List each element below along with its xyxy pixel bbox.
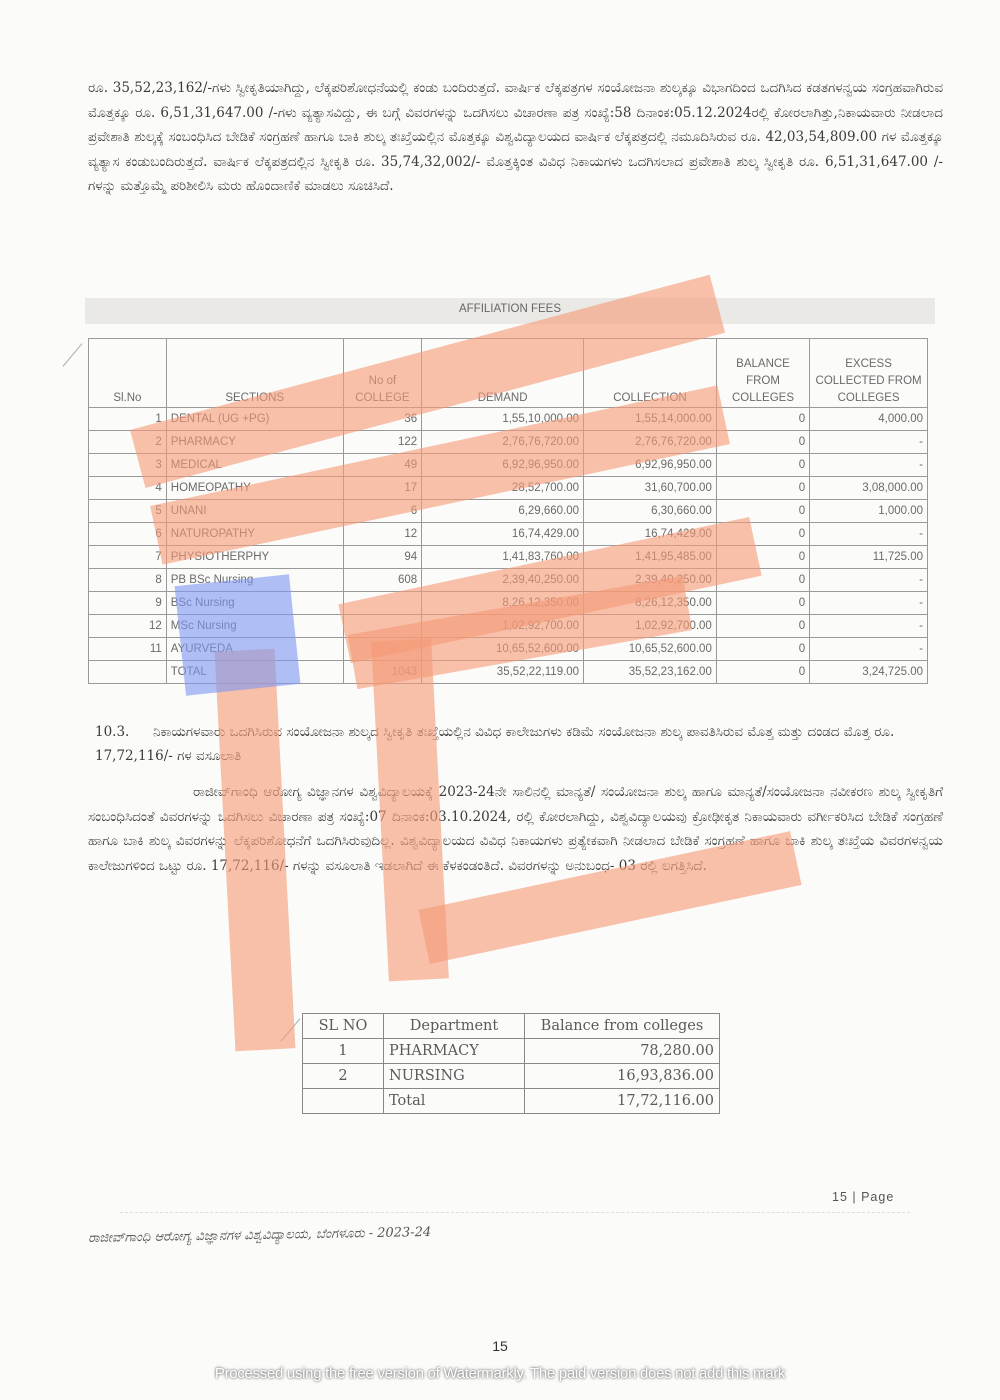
total-balance-cell: 17,72,116.00 xyxy=(525,1089,720,1114)
excess-cell: - xyxy=(810,615,928,638)
col-header-balance: BALANCE FROM COLLEGES xyxy=(716,339,809,408)
colleges-cell: 122 xyxy=(343,431,422,454)
affiliation-fees-title-band: AFFILIATION FEES xyxy=(85,298,935,324)
balance-cell: 0 xyxy=(716,408,809,431)
col-header-sl-no: SL NO xyxy=(303,1014,384,1039)
table-row: 3MEDICAL496,92,96,950.006,92,96,950.000- xyxy=(89,454,928,477)
collection-cell: 1,02,92,700.00 xyxy=(584,615,717,638)
section-heading: ನಿಕಾಯಗಳವಾರು ಒದಗಿಸಿರುವ ಸಂಯೋಜನಾ ಶುಲ್ಕದ ಸ್ವ… xyxy=(95,724,894,764)
balance-from-colleges-table: SL NO Department Balance from colleges 1… xyxy=(302,1013,720,1114)
section-cell: NATUROPATHY xyxy=(166,523,343,546)
balance-cell: 0 xyxy=(716,477,809,500)
collection-cell: 2,76,76,720.00 xyxy=(584,431,717,454)
collection-cell: 1,55,14,000.00 xyxy=(584,408,717,431)
collection-cell: 2,39,40,250.00 xyxy=(584,569,717,592)
colleges-cell xyxy=(343,615,422,638)
table-row: 11AYURVEDA10,65,52,600.0010,65,52,600.00… xyxy=(89,638,928,661)
slno-cell: 12 xyxy=(89,615,167,638)
balance-cell: 16,93,836.00 xyxy=(525,1064,720,1089)
balance-cell: 0 xyxy=(716,431,809,454)
balance-cell: 0 xyxy=(716,569,809,592)
balance-cell: 0 xyxy=(716,638,809,661)
table-row: 4HOMEOPATHY1728,52,700.0031,60,700.0003,… xyxy=(89,477,928,500)
paragraph-1-text: ರೂ. 35,52,23,162/-ಗಳು ಸ್ವೀಕೃತಿಯಾಗಿದ್ದು, … xyxy=(88,76,943,199)
tick-mark xyxy=(62,343,82,367)
section-10-3: 10.3.ನಿಕಾಯಗಳವಾರು ಒದಗಿಸಿರುವ ಸಂಯೋಜನಾ ಶುಲ್ಕ… xyxy=(95,720,945,768)
collection-cell: 1,41,95,485.00 xyxy=(584,546,717,569)
demand-cell: 1,55,10,000.00 xyxy=(422,408,584,431)
total-balance-cell: 0 xyxy=(716,661,809,684)
total-demand-cell: 35,52,22,119.00 xyxy=(422,661,584,684)
col-header-slno: Sl.No xyxy=(89,339,167,408)
table-row: 9BSc Nursing8,26,12,350.008,26,12,350.00… xyxy=(89,592,928,615)
department-cell: NURSING xyxy=(384,1064,525,1089)
balance-cell: 0 xyxy=(716,546,809,569)
balance-cell: 0 xyxy=(716,592,809,615)
section-cell: DENTAL (UG +PG) xyxy=(166,408,343,431)
footer-university-text: ರಾಜೀವ್‌ಗಾಂಧಿ ಆರೋಗ್ಯ ವಿಜ್ಞಾನಗಳ ವಿಶ್ವವಿದ್ಯ… xyxy=(88,1225,431,1246)
table-row: 6NATUROPATHY1216,74,429.0016,74,429.000- xyxy=(89,523,928,546)
table-total-row: TOTAL104335,52,22,119.0035,52,23,162.000… xyxy=(89,661,928,684)
table-total-row: Total17,72,116.00 xyxy=(303,1089,720,1114)
demand-cell: 6,92,96,950.00 xyxy=(422,454,584,477)
sl-cell: 2 xyxy=(303,1064,384,1089)
colleges-cell: 17 xyxy=(343,477,422,500)
slno-cell: 3 xyxy=(89,454,167,477)
balance-cell: 0 xyxy=(716,615,809,638)
excess-cell: - xyxy=(810,431,928,454)
affiliation-fees-title: AFFILIATION FEES xyxy=(85,303,935,315)
excess-cell: 1,000.00 xyxy=(810,500,928,523)
paragraph-audit-observation: ರೂ. 35,52,23,162/-ಗಳು ಸ್ವೀಕೃತಿಯಾಗಿದ್ದು, … xyxy=(88,76,943,199)
section-cell: UNANI xyxy=(166,500,343,523)
colleges-cell: 608 xyxy=(343,569,422,592)
demand-cell: 1,41,83,760.00 xyxy=(422,546,584,569)
table-row: 2NURSING16,93,836.00 xyxy=(303,1064,720,1089)
balance-cell: 0 xyxy=(716,500,809,523)
section-cell: BSc Nursing xyxy=(166,592,343,615)
collection-cell: 6,30,660.00 xyxy=(584,500,717,523)
demand-cell: 10,65,52,600.00 xyxy=(422,638,584,661)
paragraph-recovery-details: ರಾಜೀವ್‌ಗಾಂಧಿ ಆರೋಗ್ಯ ವಿಜ್ಞಾನಗಳ ವಿಶ್ವವಿದ್ಯ… xyxy=(88,780,943,878)
section-cell: PB BSc Nursing xyxy=(166,569,343,592)
total-colleges-cell: 1043 xyxy=(343,661,422,684)
section-cell: AYURVEDA xyxy=(166,638,343,661)
col-header-excess: EXCESS COLLECTED FROM COLLEGES xyxy=(810,339,928,408)
paragraph-2-text: ರಾಜೀವ್‌ಗಾಂಧಿ ಆರೋಗ್ಯ ವಿಜ್ಞಾನಗಳ ವಿಶ್ವವಿದ್ಯ… xyxy=(88,780,943,878)
balance-cell: 78,280.00 xyxy=(525,1039,720,1064)
table-header-row: Sl.No SECTIONS No of COLLEGE DEMAND COLL… xyxy=(89,339,928,408)
colleges-cell: 49 xyxy=(343,454,422,477)
excess-cell: - xyxy=(810,638,928,661)
demand-cell: 28,52,700.00 xyxy=(422,477,584,500)
tick-mark xyxy=(280,1018,300,1042)
total-collection-cell: 35,52,23,162.00 xyxy=(584,661,717,684)
total-label-cell: TOTAL xyxy=(166,661,343,684)
balance-cell: 0 xyxy=(716,523,809,546)
colleges-cell: 36 xyxy=(343,408,422,431)
slno-cell: 4 xyxy=(89,477,167,500)
slno-cell: 9 xyxy=(89,592,167,615)
affiliation-fees-table: Sl.No SECTIONS No of COLLEGE DEMAND COLL… xyxy=(88,338,928,684)
collection-cell: 31,60,700.00 xyxy=(584,477,717,500)
table-row: 8PB BSc Nursing6082,39,40,250.002,39,40,… xyxy=(89,569,928,592)
table-header-row: SL NO Department Balance from colleges xyxy=(303,1014,720,1039)
section-cell: PHARMACY xyxy=(166,431,343,454)
excess-cell: - xyxy=(810,523,928,546)
slno-cell: 7 xyxy=(89,546,167,569)
total-label-cell: Total xyxy=(384,1089,525,1114)
demand-cell: 2,39,40,250.00 xyxy=(422,569,584,592)
demand-cell: 6,29,660.00 xyxy=(422,500,584,523)
total-excess-cell: 3,24,725.00 xyxy=(810,661,928,684)
excess-cell: 4,000.00 xyxy=(810,408,928,431)
section-cell: HOMEOPATHY xyxy=(166,477,343,500)
colleges-cell xyxy=(343,592,422,615)
page-number: 15 xyxy=(0,1338,1000,1354)
total-sl-cell xyxy=(89,661,167,684)
col-header-department: Department xyxy=(384,1014,525,1039)
demand-cell: 1,02,92,700.00 xyxy=(422,615,584,638)
col-header-collection: COLLECTION xyxy=(584,339,717,408)
colleges-cell: 94 xyxy=(343,546,422,569)
watermark-text: Processed using the free version of Wate… xyxy=(0,1365,1000,1382)
total-sl-cell xyxy=(303,1089,384,1114)
excess-cell: 11,725.00 xyxy=(810,546,928,569)
department-cell: PHARMACY xyxy=(384,1039,525,1064)
excess-cell: - xyxy=(810,454,928,477)
collection-cell: 8,26,12,350.00 xyxy=(584,592,717,615)
table-row: 12MSc Nursing1,02,92,700.001,02,92,700.0… xyxy=(89,615,928,638)
colleges-cell: 12 xyxy=(343,523,422,546)
slno-cell: 8 xyxy=(89,569,167,592)
collection-cell: 16,74,429.00 xyxy=(584,523,717,546)
demand-cell: 16,74,429.00 xyxy=(422,523,584,546)
section-cell: MEDICAL xyxy=(166,454,343,477)
slno-cell: 2 xyxy=(89,431,167,454)
col-header-demand: DEMAND xyxy=(422,339,584,408)
excess-cell: 3,08,000.00 xyxy=(810,477,928,500)
slno-cell: 11 xyxy=(89,638,167,661)
colleges-cell xyxy=(343,638,422,661)
excess-cell: - xyxy=(810,592,928,615)
collection-cell: 6,92,96,950.00 xyxy=(584,454,717,477)
table-row: 1PHARMACY78,280.00 xyxy=(303,1039,720,1064)
table-row: 1DENTAL (UG +PG)361,55,10,000.001,55,14,… xyxy=(89,408,928,431)
table-row: 5UNANI66,29,660.006,30,660.0001,000.00 xyxy=(89,500,928,523)
demand-cell: 8,26,12,350.00 xyxy=(422,592,584,615)
table-row: 7PHYSIOTHERPHY941,41,83,760.001,41,95,48… xyxy=(89,546,928,569)
page-reference: 15 | Page xyxy=(832,1190,894,1204)
sl-cell: 1 xyxy=(303,1039,384,1064)
section-cell: MSc Nursing xyxy=(166,615,343,638)
slno-cell: 1 xyxy=(89,408,167,431)
balance-cell: 0 xyxy=(716,454,809,477)
table-row: 2PHARMACY1222,76,76,720.002,76,76,720.00… xyxy=(89,431,928,454)
slno-cell: 6 xyxy=(89,523,167,546)
demand-cell: 2,76,76,720.00 xyxy=(422,431,584,454)
section-number: 10.3. xyxy=(95,720,153,744)
section-cell: PHYSIOTHERPHY xyxy=(166,546,343,569)
slno-cell: 5 xyxy=(89,500,167,523)
col-header-no-of-college: No of COLLEGE xyxy=(343,339,422,408)
col-header-balance: Balance from colleges xyxy=(525,1014,720,1039)
collection-cell: 10,65,52,600.00 xyxy=(584,638,717,661)
col-header-sections: SECTIONS xyxy=(166,339,343,408)
colleges-cell: 6 xyxy=(343,500,422,523)
footer-divider xyxy=(120,1212,910,1213)
excess-cell: - xyxy=(810,569,928,592)
